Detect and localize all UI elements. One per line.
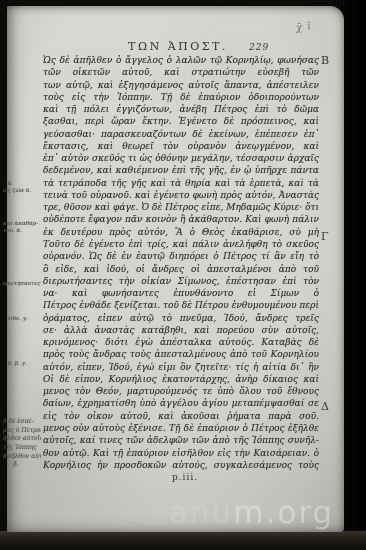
section-letter-beta: Β: [321, 54, 335, 67]
text-line: ξασθαι, περὶ ὥραν ἕκτην. Ἐγένετο δὲ πρόσ…: [43, 116, 319, 128]
text-line: ἐκ δευτέρου πρὸς αὐτόν, Ἃ ὁ Θεὸς ἐκαθάρι…: [43, 227, 319, 239]
text-line: τρε, θῦσον καὶ φάγε. Ὁ δὲ Πέτρος εἶπε, Μ…: [43, 202, 319, 214]
text-line: εἰς τὸν οἶκον αὐτοῦ, καὶ ἀκοῦσαι ῥήματα …: [43, 411, 319, 423]
book-scan: anum.org ΤΩΝ ἈΠΟΣΤ. 229 χ̄ ῑ Ὡς δὲ ἀπῆλθ…: [0, 0, 366, 550]
text-line: Τοῦτο δὲ ἐγένετο ἐπὶ τρίς, καὶ πάλιν ἀνε…: [43, 239, 319, 251]
text-line: Ὡς δὲ ἀπῆλθεν ὁ ἄγγελος ὁ λαλῶν τῷ Κορνη…: [43, 55, 319, 67]
watermark-visible-text: m.org: [233, 495, 334, 531]
text-line: θον αὐτῷ. Καὶ τῇ ἐπαύριον εἰσῆλθον εἰς τ…: [43, 448, 319, 460]
margin-note-line: ἦλθεν αὐτοῖς: [3, 435, 41, 444]
signature-mark: p.iii.: [150, 473, 220, 483]
text-line: καὶ τῇ πόλει ἐγγιζόντων, ἀνέβη Πέτρος ἐπ…: [43, 104, 319, 116]
scan-bottom-edge: [0, 531, 366, 550]
text-line: κρινόμενος· διότι ἐγὼ ἀπέσταλκα αὐτούς. …: [43, 337, 319, 349]
margin-note: ῾ ἅ. β. γ.: [3, 361, 41, 368]
margin-note: ὁ δὲ ἑσπέ-ρας ὁ Πέτροςἦλθεν αὐτοῖςτῆς Ἰό…: [3, 418, 41, 470]
text-line: γεύσασθαι· παρασκευαζόντων δὲ ἐκείνων, ἐ…: [43, 129, 319, 141]
text-line: οὐδέποτε ἔφαγον πᾶν κοινὸν ἢ ἀκάθαρτον. …: [43, 214, 319, 226]
text-line: σε· ἀλλὰ ἀναστὰς κατάβηθι, καὶ πορεύου σ…: [43, 325, 319, 337]
text-line: δεδεμένον, καὶ καθιέμενον ἐπὶ τῆς γῆς, ἐ…: [43, 165, 319, 177]
page-edge-strip: [341, 0, 366, 550]
margin-note-line: ῾ εἶδε. γ.: [3, 316, 41, 323]
margin-note: ῾ εἶδε. γ.: [3, 316, 41, 323]
running-header: ΤΩΝ ἈΠΟΣΤ.: [118, 40, 238, 53]
page-number: 229: [249, 43, 269, 53]
text-line: ὁράματος, εἶπεν αὐτῷ τὸ πνεῦμα, Ἰδού, ἄν…: [43, 313, 319, 325]
text-line: οὐρανόν. Ὡς δὲ ἐν ἑαυτῷ διηπόρει ὁ Πέτρο…: [43, 251, 319, 263]
watermark-faint-text: anu: [169, 495, 233, 531]
text-line: Οἱ δὲ εἶπον, Κορνήλιος ἑκατοντάρχης, ἀνὴ…: [43, 374, 319, 386]
text-line: τοὺς εἰς τὴν Ἰόππην. Τῇ δὲ ἐπαύριον ὁδοι…: [43, 92, 319, 104]
margin-note-line: ἀπῆλθον αὐτῷ.: [3, 453, 41, 462]
margin-note-line: του. ἅ.: [3, 228, 41, 235]
text-line: ἔκστασις, καὶ θεωρεῖ τὸν οὐρανὸν ἀνεῳγμέ…: [43, 141, 319, 153]
text-line: δαίων, ἐχρηματίσθη ὑπὸ ἀγγέλου ἁγίου μετ…: [43, 398, 319, 410]
margin-note: ῾ ἅ.ὡς ζῶα ἅ.: [3, 181, 41, 194]
margin-note-line: ὁ δὲ ἑσπέ-: [3, 418, 41, 427]
margin-note-line: β.: [3, 461, 29, 470]
text-line: αὐτόν, εἶπεν, Ἰδού, ἐγώ εἰμι ὃν ζητεῖτε·…: [43, 362, 319, 374]
margin-note-line: ῾ ἅ. β. γ.: [3, 361, 41, 368]
text-line: τῶν οἰκετῶν αὐτοῦ, καὶ στρατιώτην εὐσεβῆ…: [43, 67, 319, 79]
text-line: αὐτοῖς, καί τινες τῶν ἀδελφῶν τῶν ἀπὸ τῆ…: [43, 435, 319, 447]
digitization-watermark: anum.org: [169, 495, 334, 531]
main-text-block: Ὡς δὲ ἀπῆλθεν ὁ ἄγγελος ὁ λαλῶν τῷ Κορνη…: [43, 55, 319, 472]
text-line: ἐπ᾽ αὐτὸν σκεῦός τι ὡς ὀθόνην μεγάλην, τ…: [43, 153, 319, 165]
margin-note: ἐρωτήσαντες: [3, 281, 41, 288]
margin-note: καὶ ἀκαθάρ-του. ἅ.: [3, 221, 41, 234]
text-line: των αὐτῷ, καὶ ἐξηγησάμενος αὐτοῖς ἅπαντα…: [43, 80, 319, 92]
section-letter-gamma: Γ: [321, 230, 335, 243]
section-letter-delta: Δ: [321, 400, 335, 413]
text-line: μενος οὖν αὐτοὺς ἐξένισε. Τῇ δὲ ἐπαύριον…: [43, 423, 319, 435]
text-line: ὃ εἶδε, καὶ ἰδού, οἱ ἄνδρες οἱ ἀπεσταλμέ…: [43, 264, 319, 276]
text-line: Κορνήλιος ἦν προσδοκῶν αὐτούς, συγκαλεσά…: [43, 460, 319, 472]
margin-note-line: ἐρωτήσαντες: [3, 281, 41, 288]
margin-note-line: ρας ὁ Πέτρος: [3, 427, 41, 436]
margin-note-line: ῾ ἅ.: [3, 181, 41, 188]
margin-note-line: ὡς ζῶα ἅ.: [3, 188, 41, 195]
margin-note-line: τῆς Ἰόππης: [3, 444, 41, 453]
text-line: Πέτρος ἐνθάδε ξενίζεται. τοῦ δὲ Πέτρου ἐ…: [43, 300, 319, 312]
text-line: μενος τὸν Θεόν, μαρτυρούμενός τε ὑπὸ ὅλο…: [43, 386, 319, 398]
handwritten-annotation: χ̄ ῑ: [295, 21, 312, 34]
text-line: να· καὶ φωνήσαντες ἐπυνθάνοντο εἰ Σίμων …: [43, 288, 319, 300]
text-line: διερωτήσαντες τὴν οἰκίαν Σίμωνος, ἐπέστη…: [43, 276, 319, 288]
text-line: τὰ τετράποδα τῆς γῆς καὶ τὰ θηρία καὶ τὰ…: [43, 178, 319, 190]
text-line: πρὸς τοὺς ἄνδρας τοὺς ἀπεσταλμένους ἀπὸ …: [43, 349, 319, 361]
margin-note-line: καὶ ἀκαθάρ-: [3, 221, 41, 228]
text-line: τεινὰ τοῦ οὐρανοῦ. καὶ ἐγένετο φωνὴ πρὸς…: [43, 190, 319, 202]
